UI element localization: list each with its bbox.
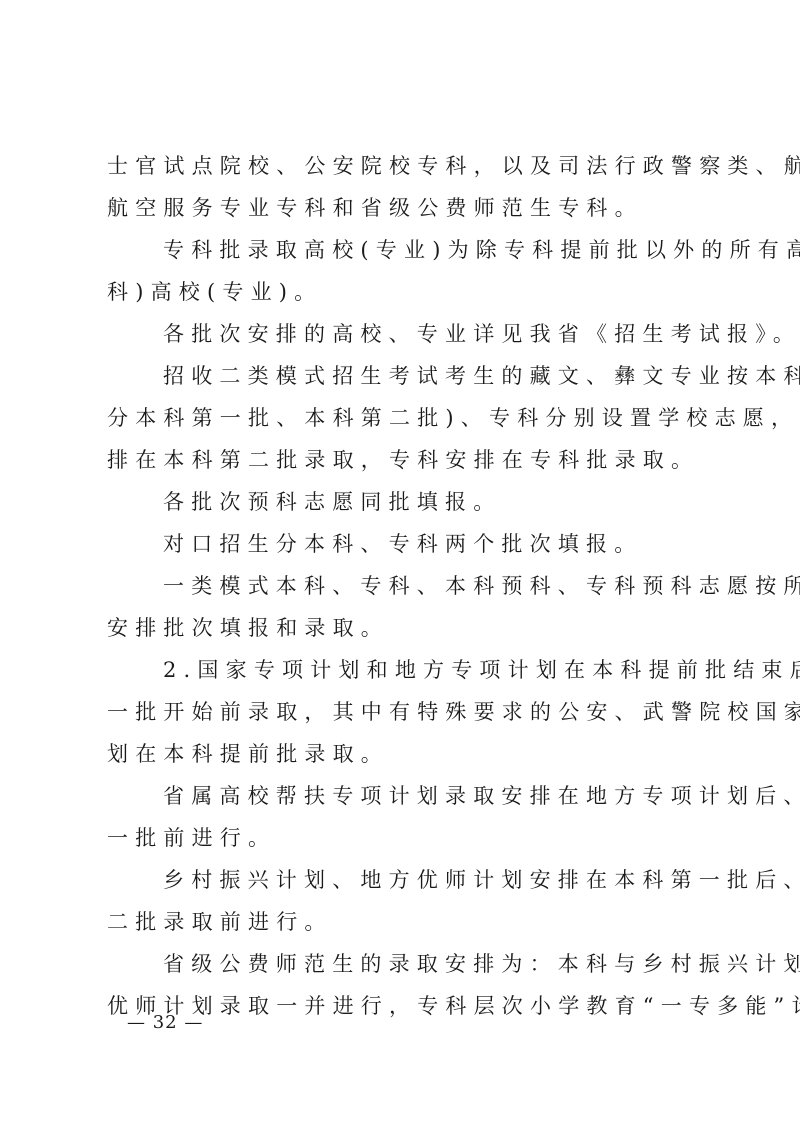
text-line: 划在本科提前批录取。	[107, 733, 703, 775]
document-page: 士官试点院校、公安院校专科，以及司法行政警察类、航海类、 航空服务专业专科和省级…	[0, 0, 800, 1131]
text-line: 航空服务专业专科和省级公费师范生专科。	[107, 187, 703, 229]
text-line: 一批开始前录取，其中有特殊要求的公安、武警院校国家专项计	[107, 691, 703, 733]
text-line: 省级公费师范生的录取安排为：本科与乡村振兴计划、地方	[107, 943, 703, 985]
text-line: 乡村振兴计划、地方优师计划安排在本科第一批后、本科第	[107, 859, 703, 901]
text-line: 各批次安排的高校、专业详见我省《招生考试报》。	[107, 313, 703, 355]
text-line: 排在本科第二批录取，专科安排在专科批录取。	[107, 439, 703, 481]
text-line: 省属高校帮扶专项计划录取安排在地方专项计划后、本科第	[107, 775, 703, 817]
page-number: — 32 —	[127, 1011, 203, 1035]
text-line: 二批录取前进行。	[107, 901, 703, 943]
text-line: 招收二类模式招生考试考生的藏文、彝文专业按本科(不区	[107, 355, 703, 397]
text-line: 各批次预科志愿同批填报。	[107, 481, 703, 523]
text-line: 一类模式本科、专科、本科预科、专科预科志愿按所报高校	[107, 565, 703, 607]
text-line: 分本科第一批、本科第二批)、专科分别设置学校志愿，本科安	[107, 397, 703, 439]
body-text: 士官试点院校、公安院校专科，以及司法行政警察类、航海类、 航空服务专业专科和省级…	[107, 145, 703, 1027]
text-line: 2.国家专项计划和地方专项计划在本科提前批结束后、本科	[107, 649, 703, 691]
text-line: 科)高校(专业)。	[107, 271, 703, 313]
text-line: 专科批录取高校(专业)为除专科提前批以外的所有高职(专	[107, 229, 703, 271]
text-line: 一批前进行。	[107, 817, 703, 859]
text-line: 士官试点院校、公安院校专科，以及司法行政警察类、航海类、	[107, 145, 703, 187]
text-line: 安排批次填报和录取。	[107, 607, 703, 649]
text-line: 对口招生分本科、专科两个批次填报。	[107, 523, 703, 565]
